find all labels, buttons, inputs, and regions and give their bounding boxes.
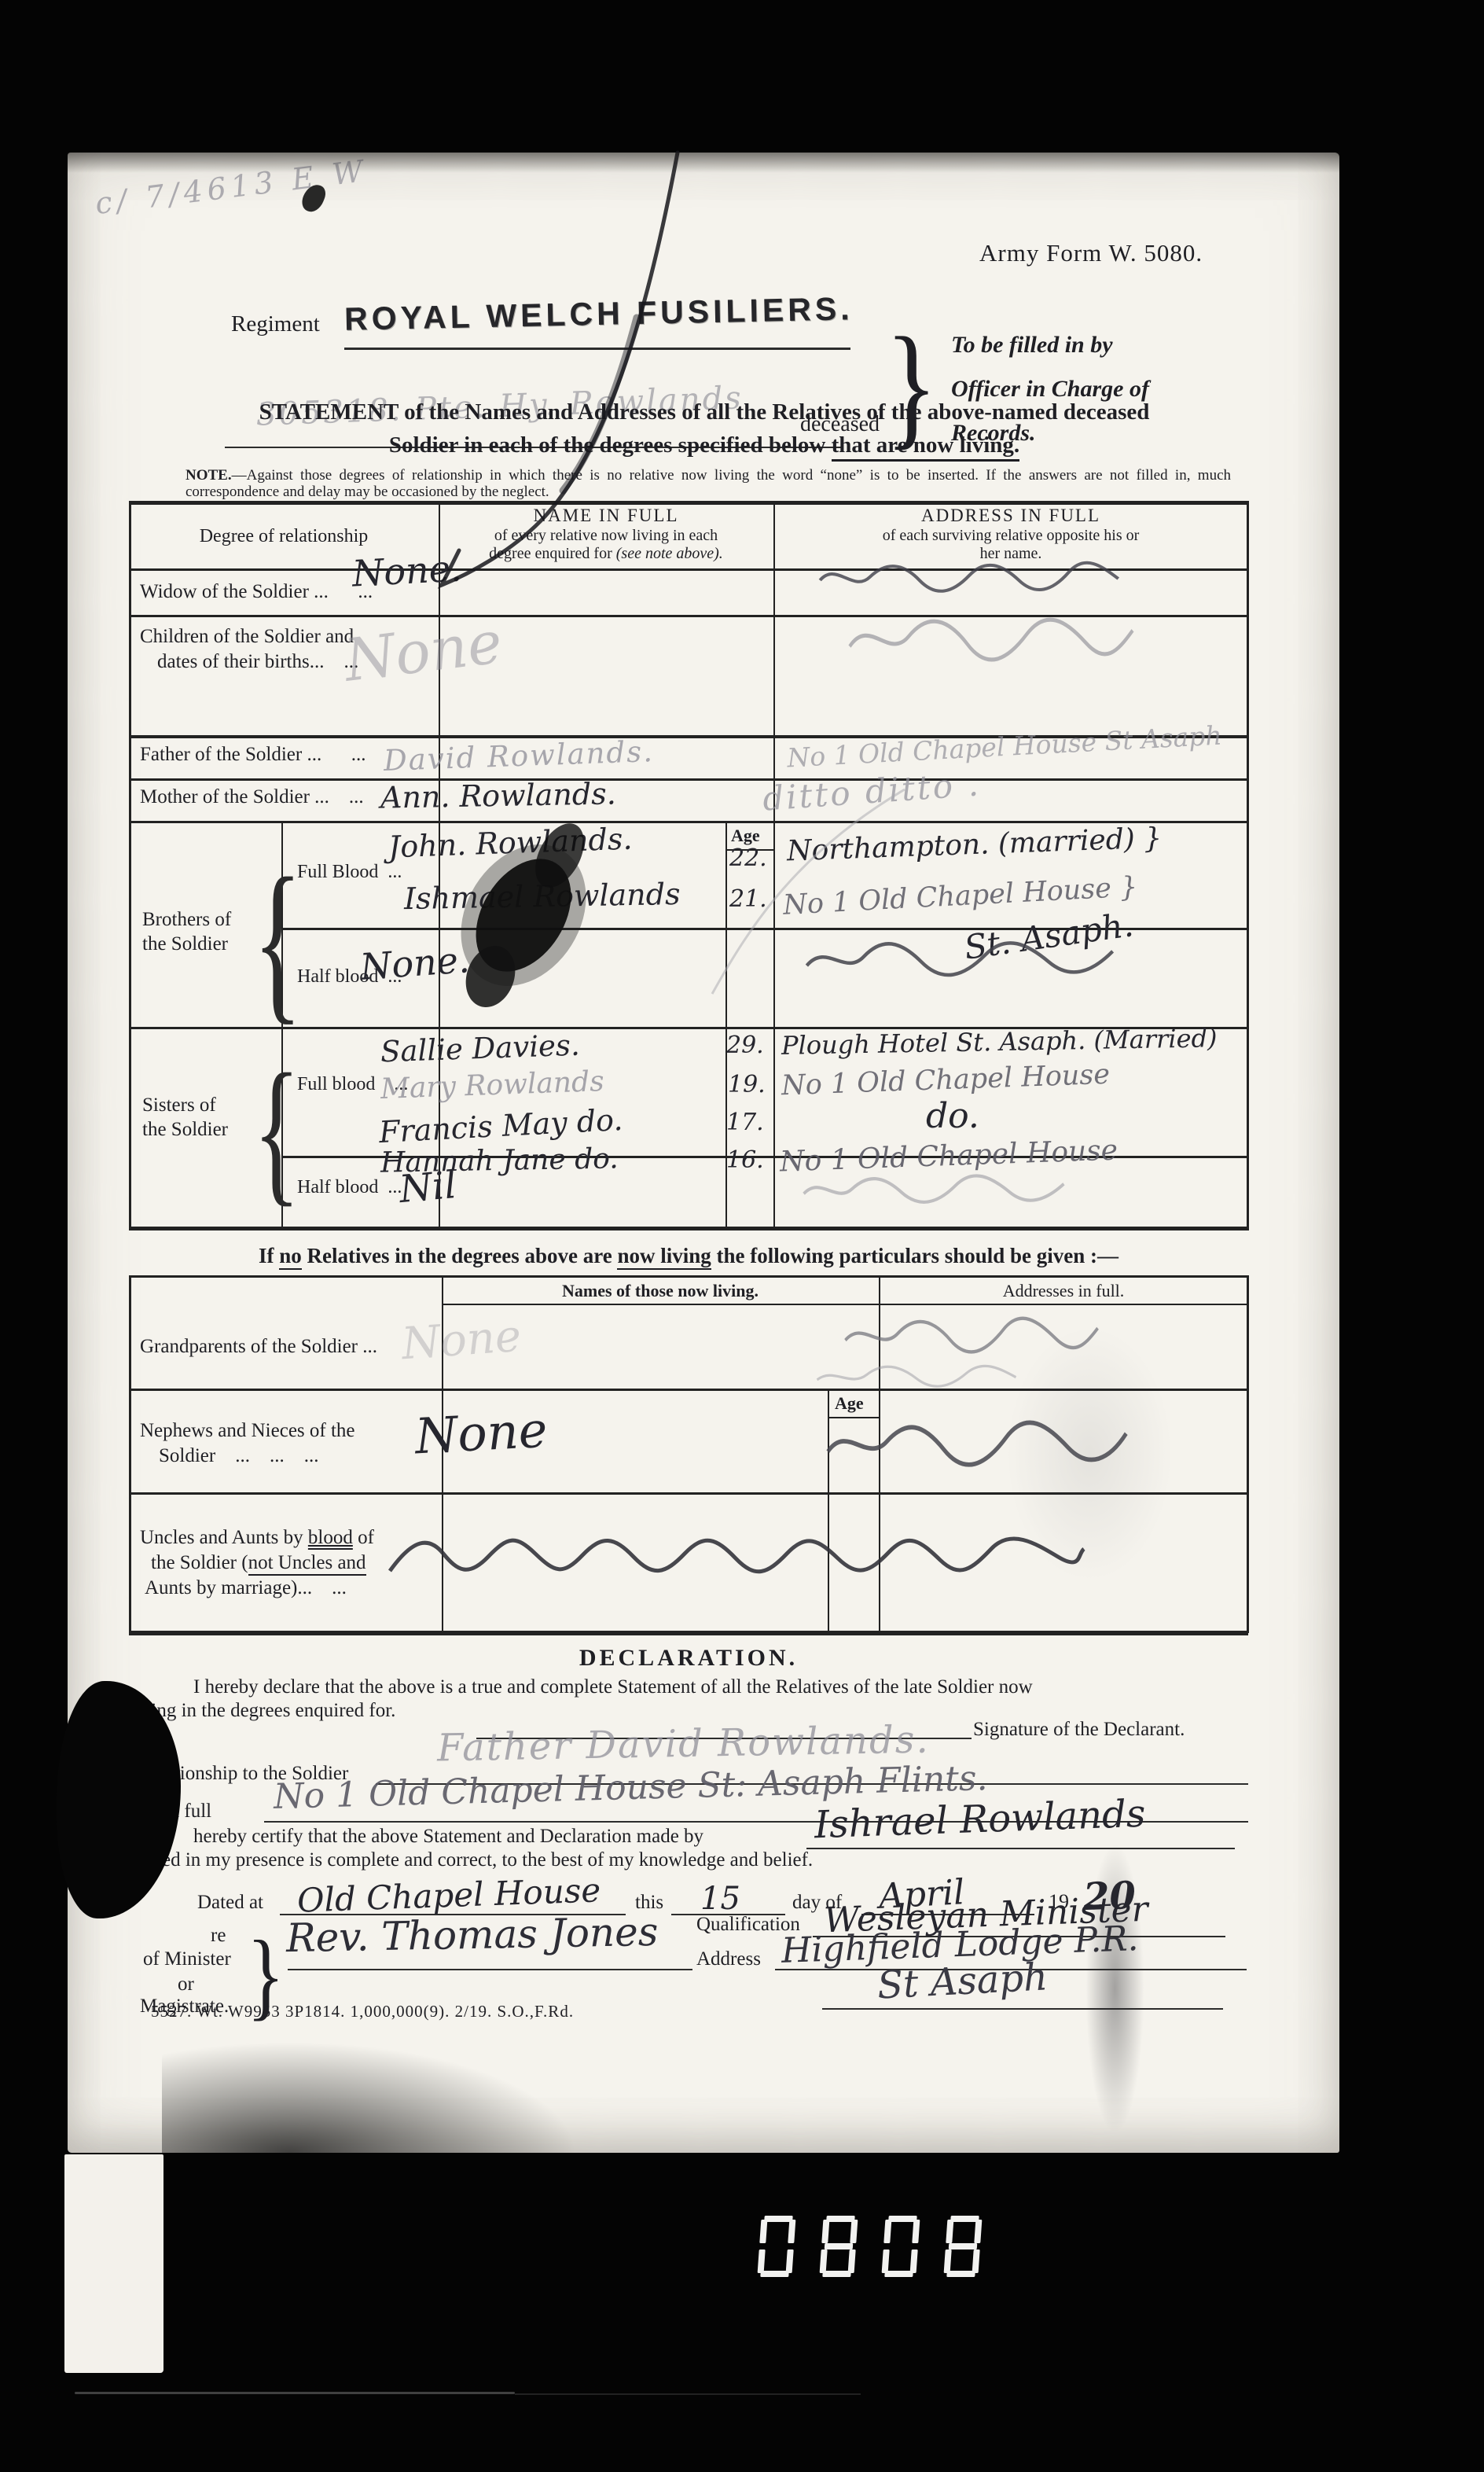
hw-day-value: 15 — [700, 1881, 740, 1917]
minister-signature-rule — [288, 1969, 692, 1970]
dated-at-label: Dated at — [197, 1892, 263, 1914]
hw-sister2-name: Mary Rowlands — [380, 1065, 604, 1105]
pen-squiggle-nephews-address — [824, 1422, 1130, 1466]
hw-sister4-age: 16. — [726, 1146, 764, 1174]
t2-bottom-border — [129, 1631, 1248, 1635]
t2-vline — [129, 1275, 131, 1633]
scanner-scratch-line — [75, 2392, 515, 2394]
declaration-body-2: living in the degrees enquired for. — [130, 1700, 395, 1722]
declaration-body-1: I hereby declare that the above is a tru… — [193, 1676, 1033, 1698]
row-label-grandparents: Grandparents of the Soldier ... — [140, 1336, 377, 1358]
row-label-full-blood: Full Blood ... — [297, 862, 402, 883]
row-label-uncles-1: Uncles and Aunts by blood of — [140, 1527, 374, 1549]
hw-mother-name: Ann. Rowlands. — [380, 776, 616, 815]
ink-blot — [406, 815, 641, 1027]
lead-no-underlined: no — [279, 1244, 302, 1270]
uncles-blood-underlined: blood — [308, 1527, 353, 1548]
t2-line — [129, 1492, 1248, 1495]
certify-text-2: ed in my presence is complete and correc… — [162, 1849, 813, 1871]
lead-e: the following particulars should be give… — [711, 1244, 1119, 1267]
pencil-squiggle-sisters-half-address — [800, 1171, 1067, 1207]
pen-squiggle-grandparents-2 — [814, 1362, 1019, 1390]
row-label-brothers-2: the Soldier — [142, 933, 228, 955]
t2-header-addresses: Addresses in full. — [879, 1281, 1248, 1301]
scanner-background: c/ 7/4613 E W Army Form W. 5080. Regimen… — [0, 0, 1484, 2472]
row-label-nephews-1: Nephews and Nieces of the — [140, 1420, 355, 1442]
uncles-not-underlined: not Uncles and — [248, 1552, 366, 1576]
counter-digit — [756, 2216, 796, 2277]
certify-text-1: hereby certify that the above Statement … — [193, 1826, 703, 1848]
row-label-sisters-2: the Soldier — [142, 1119, 228, 1141]
row-label-sisters-1: Sisters of — [142, 1094, 216, 1116]
pencil-curve-mark — [704, 782, 916, 1002]
hw-sister1-age: 29. — [726, 1032, 764, 1059]
uncles-1a: Uncles and Aunts by — [140, 1527, 308, 1548]
row-label-mother: Mother of the Soldier ... ... — [140, 786, 364, 808]
row-label-brothers-1: Brothers of — [142, 909, 231, 931]
t2-line — [129, 1389, 1248, 1391]
hw-nephews-name: None — [413, 1401, 549, 1466]
if-no-relatives-heading: If no Relatives in the degrees above are… — [129, 1244, 1248, 1268]
minister-label-or: or — [178, 1974, 194, 1996]
hw-sister3-address: do. — [926, 1096, 979, 1136]
hw-grandparents-name: None — [400, 1311, 523, 1370]
witness-address-rule-2 — [822, 2008, 1223, 2010]
document-page: c/ 7/4613 E W Army Form W. 5080. Regimen… — [68, 153, 1339, 2153]
brothers-brace: { — [253, 838, 302, 1045]
hw-sister2-age: 19. — [728, 1071, 766, 1098]
t2-vline — [1247, 1275, 1249, 1633]
t2-top-border — [129, 1275, 1248, 1278]
minister-label-re: re — [211, 1925, 226, 1947]
uncles-1c: of — [353, 1527, 374, 1548]
hw-witness-address-2: St Asaph — [876, 1955, 1049, 2007]
sisters-brace: { — [253, 1039, 300, 1225]
row-label-uncles-2: the Soldier (not Uncles and — [151, 1552, 366, 1574]
t2-line — [442, 1304, 1248, 1305]
bottom-edge-shadow — [162, 2038, 586, 2153]
pen-squiggle-uncles — [382, 1522, 1089, 1585]
form-footer-imprint: 5527. Wt. W9953 3P1814. 1,000,000(9). 2/… — [151, 2002, 574, 2021]
t2-age-underline — [828, 1417, 879, 1418]
lead-c: Relatives in the degrees above are — [302, 1244, 618, 1267]
witness-address-label: Address — [696, 1948, 761, 1970]
t2-age-header: Age — [835, 1393, 864, 1414]
stain — [1078, 1804, 1152, 2173]
uncles-2a: the Soldier ( — [151, 1552, 248, 1573]
declaration-heading: DECLARATION. — [129, 1645, 1248, 1672]
hw-sisters-half-name: Nil — [398, 1163, 458, 1212]
pen-squiggle-grandparents-1 — [842, 1316, 1101, 1354]
t2-header-names: Names of those now living. — [442, 1281, 879, 1301]
ink-blob-left-edge — [57, 1681, 181, 1918]
row-label-uncles-3: Aunts by marriage)... ... — [145, 1577, 347, 1599]
row-label-nephews-2: Soldier ... ... ... — [159, 1445, 318, 1467]
minister-label-of-minister: of Minister — [143, 1948, 231, 1970]
lead-a: If — [259, 1244, 279, 1267]
hw-brothers-half-name: None. — [358, 938, 471, 988]
counter-digit — [942, 2216, 983, 2277]
frame-counter — [756, 2216, 1008, 2277]
certify-name-rule — [806, 1848, 1235, 1849]
hw-minister-signature: Rev. Thomas Jones — [286, 1909, 659, 1961]
scanner-scratch-line-faint — [515, 2393, 861, 2395]
signature-of-declarant-label: Signature of the Declarant. — [973, 1719, 1185, 1741]
hw-sister3-age: 17. — [726, 1109, 764, 1136]
t1-line — [129, 821, 1248, 823]
counter-digit — [818, 2216, 858, 2277]
paper-tab — [64, 2154, 163, 2373]
row-label-half-blood-2: Half blood ... — [297, 1177, 402, 1198]
t1-bottom-border — [129, 1227, 1248, 1230]
diagonal-crease-line — [68, 153, 1339, 782]
counter-digit — [880, 2216, 920, 2277]
lead-now-living-underlined: now living — [617, 1244, 711, 1270]
hw-sister1-name: Sallie Davies. — [380, 1028, 580, 1069]
